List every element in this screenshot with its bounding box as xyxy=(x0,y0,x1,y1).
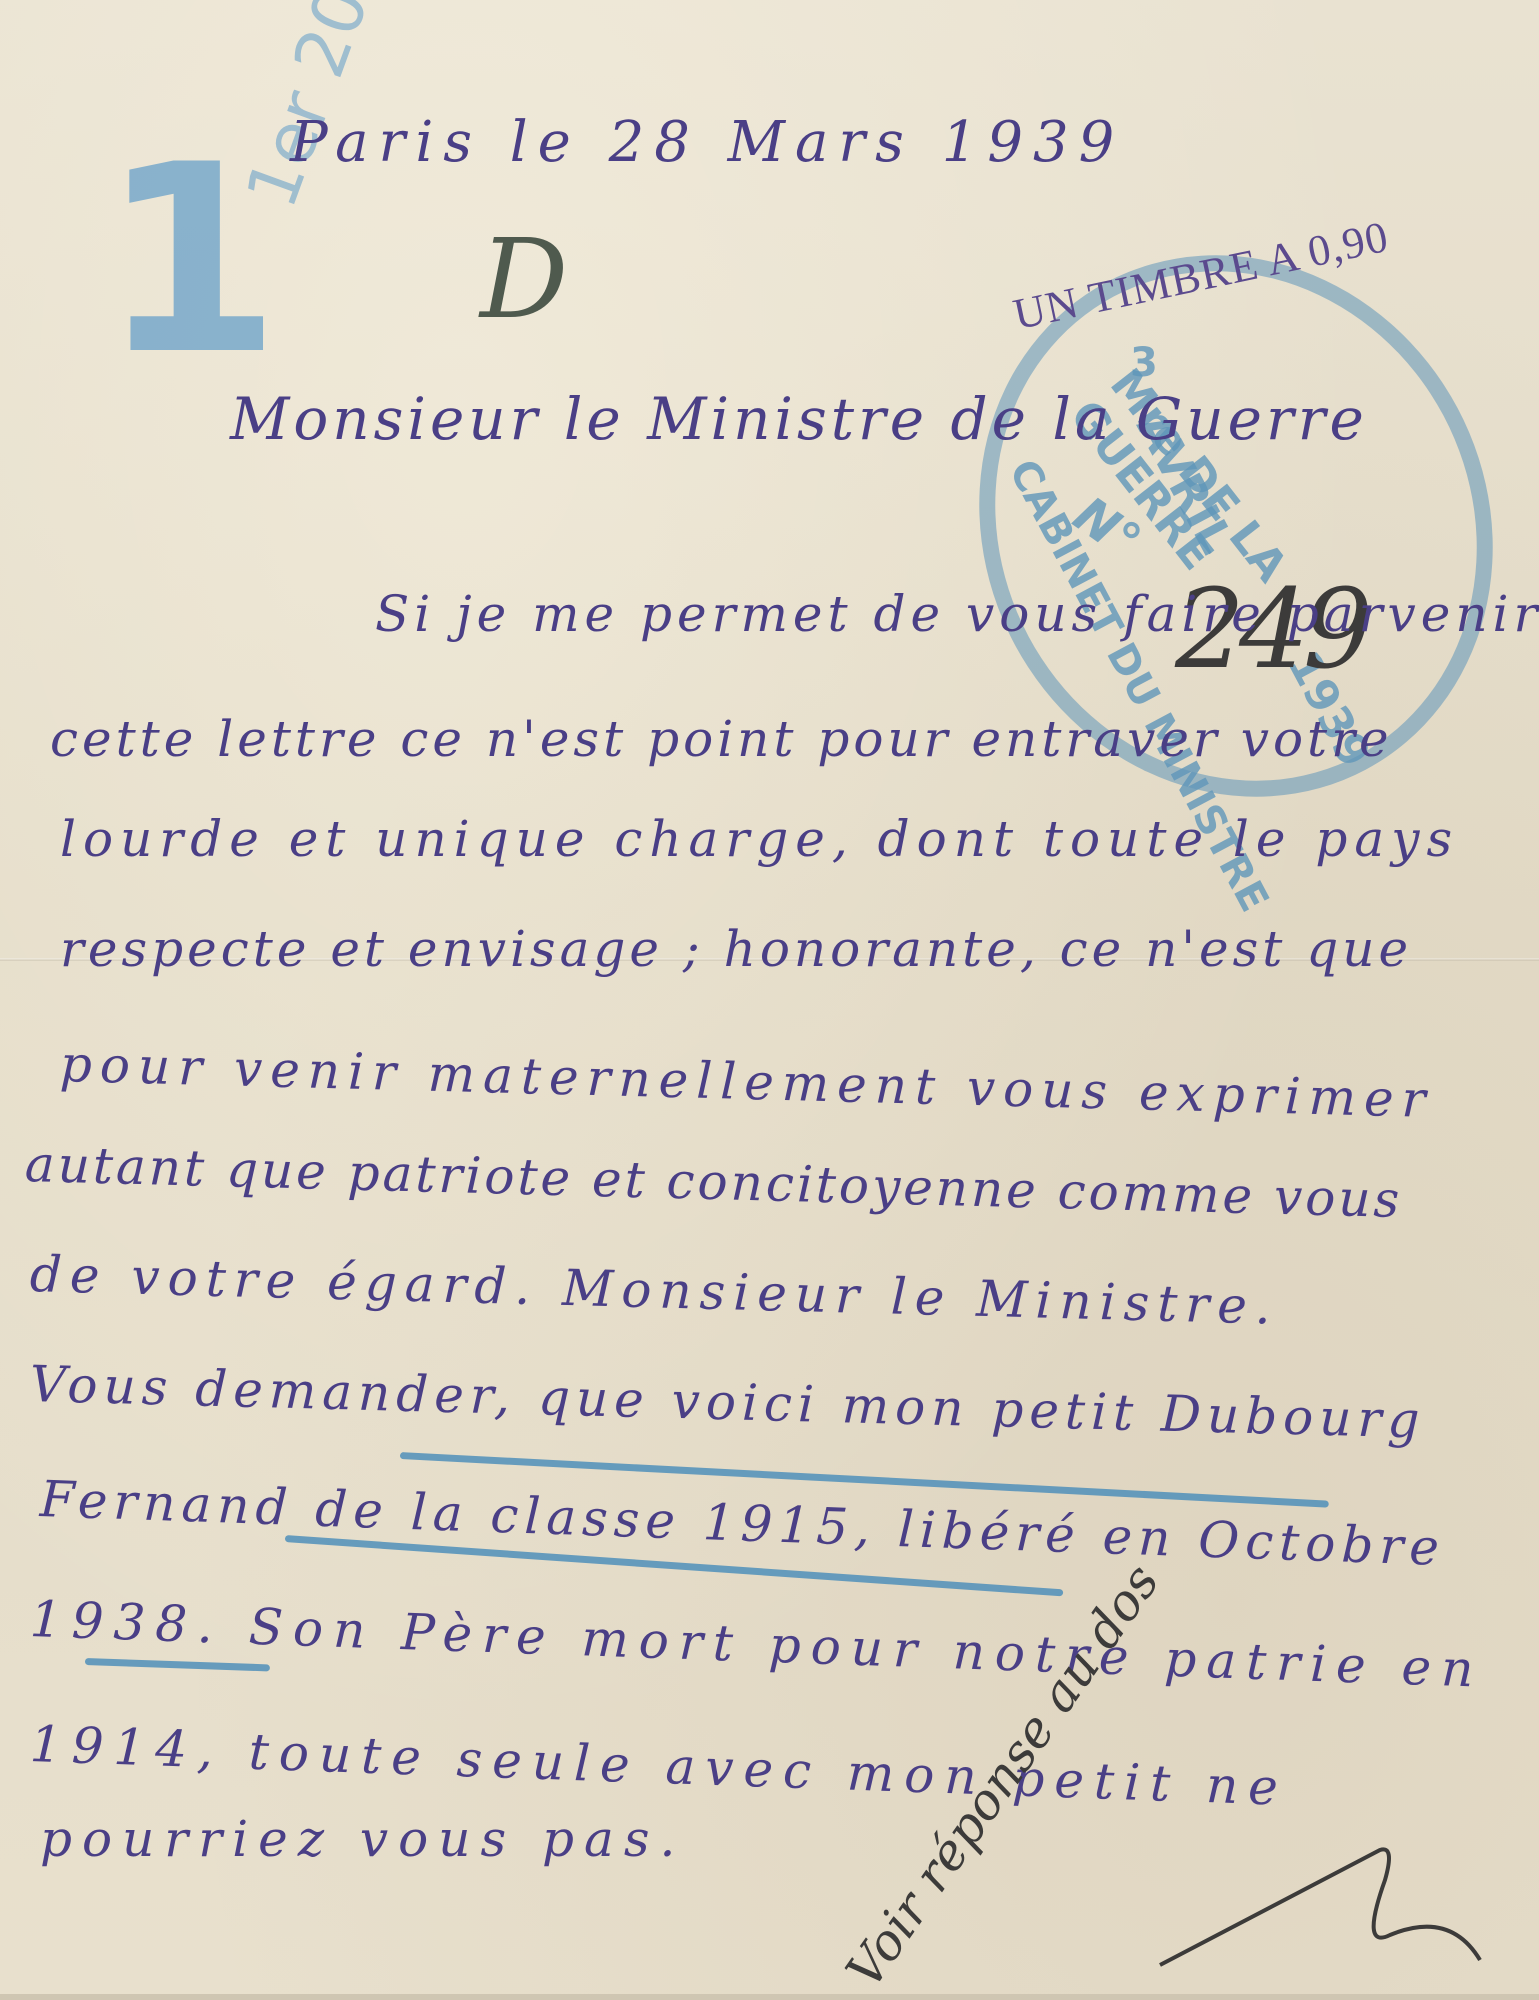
letter-line-4: respecte et envisage ; honorante, ce n'e… xyxy=(60,920,1412,978)
letter-d-mark: D xyxy=(480,215,568,343)
place-date: Paris le 28 Mars 1939 xyxy=(290,110,1124,175)
letter-line-3: lourde et unique charge, dont toute le p… xyxy=(60,810,1459,868)
letter-line-5: pour venir maternellement vous exprimer xyxy=(59,1035,1434,1129)
letter-line-2: cette lettre ce n'est point pour entrave… xyxy=(50,710,1393,768)
paper-edge xyxy=(0,1994,1539,2000)
letter-line-8: Vous demander, que voici mon petit Dubou… xyxy=(29,1355,1426,1450)
letter-line-6: autant que patriote et concitoyenne comm… xyxy=(24,1135,1403,1229)
letter-page: 1er 20b 1 D Mre DE LA GUERRE CABINET DU … xyxy=(0,0,1539,2000)
salutation: Monsieur le Ministre de la Guerre xyxy=(230,385,1368,453)
letter-line-11: 1914, toute seule avec mon petit ne xyxy=(29,1715,1289,1817)
blue-underline-3 xyxy=(85,1658,270,1671)
letter-line-7: de votre égard. Monsieur le Ministre. xyxy=(29,1245,1279,1336)
letter-line-12: pourriez vous pas. xyxy=(40,1810,685,1868)
letter-line-1: Si je me permet de vous faire parvenir xyxy=(375,585,1539,643)
pencil-annotation-big-one: 1 xyxy=(100,110,281,412)
letter-line-9: Fernand de la classe 1915, libéré en Oct… xyxy=(39,1470,1446,1577)
stamp-date-day: 3 xyxy=(1130,340,1158,386)
paraph-flourish-icon xyxy=(1150,1840,1500,1980)
letter-line-10: 1938. Son Père mort pour notre patrie en xyxy=(29,1590,1484,1699)
